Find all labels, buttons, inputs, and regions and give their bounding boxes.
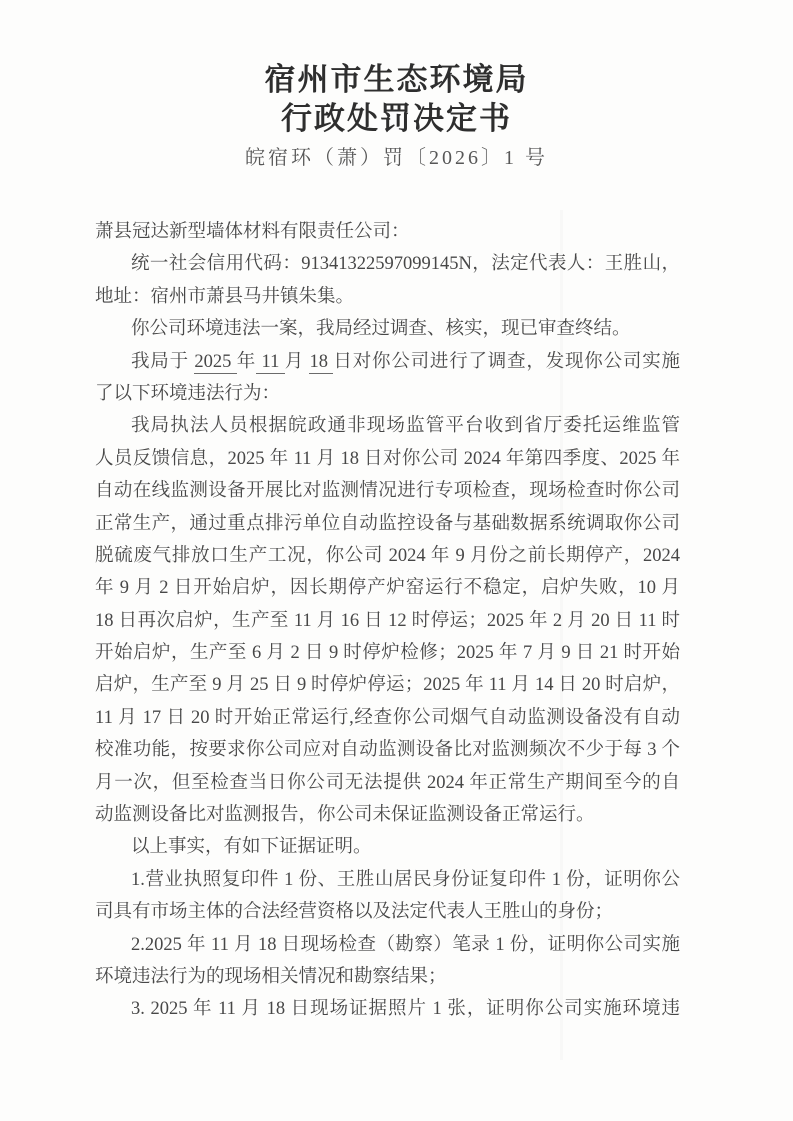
body-line: 年 9 月 2 日开始启炉，因长期停产炉窑运行不稳定，启炉失败，10 月 — [95, 572, 680, 604]
body-line-text: 年 — [237, 352, 256, 372]
body-line-text: 环境违法行为的现场相关情况和勘察结果； — [95, 967, 447, 987]
body-line-text: 我局于 — [131, 352, 194, 372]
document-body: 萧县冠达新型墙体材料有限责任公司：统一社会信用代码：91341322597099… — [0, 216, 793, 1026]
body-line-text: 以上事实，有如下证据证明。 — [131, 837, 372, 857]
body-line-text: 开始启炉，生产至 6 月 2 日 9 时停炉检修；2025 年 7 月 9 日 … — [95, 643, 680, 663]
body-line: 自动在线监测设备开展比对监测情况进行专项检查，现场检查时你公司 — [95, 475, 680, 507]
body-line: 你公司环境违法一案，我局经过调查、核实，现已审查终结。 — [95, 313, 680, 345]
body-line: 环境违法行为的现场相关情况和勘察结果； — [95, 961, 680, 993]
body-line: 18 日再次启炉，生产至 11 月 16 日 12 时停运；2025 年 2 月… — [95, 605, 680, 637]
body-line: 1.营业执照复印件 1 份、王胜山居民身份证复印件 1 份，证明你公 — [95, 864, 680, 896]
body-line-text: 3. 2025 年 11 月 18 日现场证据照片 1 张，证明你公司实施环境违 — [131, 999, 680, 1019]
body-line: 2.2025 年 11 月 18 日现场检查（勘察）笔录 1 份，证明你公司实施 — [95, 929, 680, 961]
body-line-text: 18 日再次启炉，生产至 11 月 16 日 12 时停运；2025 年 2 月… — [95, 611, 680, 631]
body-line: 司具有市场主体的合法经营资格以及法定代表人王胜山的身份； — [95, 896, 680, 928]
body-line: 校准功能，按要求你公司应对自动监测设备比对监测频次不少于每 3 个 — [95, 734, 680, 766]
body-line-text: 脱硫废气排放口生产工况，你公司 2024 年 9 月份之前长期停产，2024 — [95, 546, 680, 566]
body-line-text: 2.2025 年 11 月 18 日现场检查（勘察）笔录 1 份，证明你公司实施 — [131, 935, 680, 955]
body-line: 11 月 17 日 20 时开始正常运行,经查你公司烟气自动监测设备没有自动 — [95, 702, 680, 734]
body-line-text: 统一社会信用代码：91341322597099145N，法定代表人：王胜山， — [131, 254, 680, 274]
body-line-text: 动监测设备比对监测报告，你公司未保证监测设备正常运行。 — [95, 805, 595, 825]
body-line: 开始启炉，生产至 6 月 2 日 9 时停炉检修；2025 年 7 月 9 日 … — [95, 637, 680, 669]
body-line: 月一次，但至检查当日你公司无法提供 2024 年正常生产期间至今的自 — [95, 767, 680, 799]
underlined-date: 11 — [256, 352, 285, 374]
body-line-text: 你公司环境违法一案，我局经过调查、核实，现已审查终结。 — [131, 319, 631, 339]
body-line: 人员反馈信息，2025 年 11 月 18 日对你公司 2024 年第四季度、2… — [95, 443, 680, 475]
body-line-text: 校准功能，按要求你公司应对自动监测设备比对监测频次不少于每 3 个 — [95, 740, 680, 760]
body-line: 正常生产，通过重点排污单位自动监控设备与基础数据系统调取你公司 — [95, 508, 680, 540]
body-line-text: 司具有市场主体的合法经营资格以及法定代表人王胜山的身份； — [95, 902, 613, 922]
body-line: 以上事实，有如下证据证明。 — [95, 831, 680, 863]
body-line-text: 启炉，生产至 9 月 25 日 9 时停炉停运；2025 年 11 月 14 日… — [95, 675, 680, 695]
body-line-text: 了以下环境违法行为： — [95, 384, 280, 404]
body-line: 我局执法人员根据皖政通非现场监管平台收到省厅委托运维监管 — [95, 410, 680, 442]
body-line: 3. 2025 年 11 月 18 日现场证据照片 1 张，证明你公司实施环境违 — [95, 993, 680, 1025]
body-line-text: 月 — [285, 352, 310, 372]
document-number: 皖宿环（萧）罚〔2026〕1 号 — [0, 146, 793, 170]
body-line: 启炉，生产至 9 月 25 日 9 时停炉停运；2025 年 11 月 14 日… — [95, 669, 680, 701]
body-line: 脱硫废气排放口生产工况，你公司 2024 年 9 月份之前长期停产，2024 — [95, 540, 680, 572]
body-line: 萧县冠达新型墙体材料有限责任公司： — [95, 216, 680, 248]
body-line-text: 正常生产，通过重点排污单位自动监控设备与基础数据系统调取你公司 — [95, 514, 680, 534]
body-line-text: 年 9 月 2 日开始启炉，因长期停产炉窑运行不稳定，启炉失败，10 月 — [95, 578, 680, 598]
body-line: 地址：宿州市萧县马井镇朱集。 — [95, 281, 680, 313]
body-line-text: 月一次，但至检查当日你公司无法提供 2024 年正常生产期间至今的自 — [95, 773, 680, 793]
body-line-text: 地址：宿州市萧县马井镇朱集。 — [95, 287, 354, 307]
document-title: 宿州市生态环境局 行政处罚决定书 — [0, 0, 793, 138]
underlined-date: 2025 — [194, 352, 236, 374]
body-line: 统一社会信用代码：91341322597099145N，法定代表人：王胜山， — [95, 248, 680, 280]
title-line-1: 宿州市生态环境局 — [0, 60, 793, 99]
underlined-date: 18 — [309, 352, 333, 374]
body-line-text: 人员反馈信息，2025 年 11 月 18 日对你公司 2024 年第四季度、2… — [95, 449, 680, 469]
body-line-text: 日对你公司进行了调查，发现你公司实施 — [333, 352, 680, 372]
body-line: 了以下环境违法行为： — [95, 378, 680, 410]
body-line-text: 我局执法人员根据皖政通非现场监管平台收到省厅委托运维监管 — [131, 416, 680, 436]
document-page: 宿州市生态环境局 行政处罚决定书 皖宿环（萧）罚〔2026〕1 号 萧县冠达新型… — [0, 0, 793, 1121]
body-line: 动监测设备比对监测报告，你公司未保证监测设备正常运行。 — [95, 799, 680, 831]
body-line-text: 11 月 17 日 20 时开始正常运行,经查你公司烟气自动监测设备没有自动 — [95, 708, 680, 728]
title-line-2: 行政处罚决定书 — [0, 99, 793, 138]
body-line-text: 1.营业执照复印件 1 份、王胜山居民身份证复印件 1 份，证明你公 — [131, 870, 680, 890]
body-line-text: 自动在线监测设备开展比对监测情况进行专项检查，现场检查时你公司 — [95, 481, 680, 501]
body-line-text: 萧县冠达新型墙体材料有限责任公司： — [95, 222, 410, 242]
body-line: 我局于 2025 年 11 月 18 日对你公司进行了调查，发现你公司实施 — [95, 346, 680, 378]
